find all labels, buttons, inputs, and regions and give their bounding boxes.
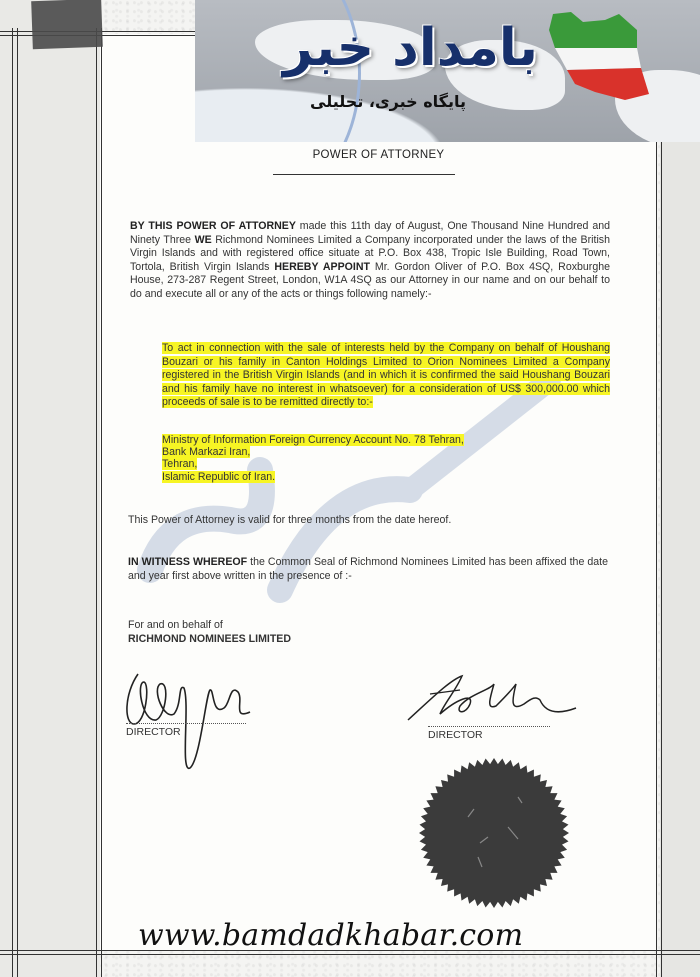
binder-tab [31, 0, 103, 49]
site-url: www.bamdadkhabar.com [138, 918, 523, 953]
right-margin [660, 0, 700, 977]
title-underline [273, 174, 455, 175]
signature-right [400, 670, 620, 730]
company-name: RICHMOND NOMINEES LIMITED [128, 633, 428, 647]
signature-left [120, 664, 270, 776]
border-line [12, 28, 18, 977]
behalf-block: For and on behalf of RICHMOND NOMINEES L… [128, 619, 428, 646]
signature-line [126, 723, 246, 724]
director-label-right: DIRECTOR [428, 729, 483, 741]
border-line [96, 28, 102, 977]
remit-address: Ministry of Information Foreign Currency… [162, 434, 464, 483]
witness-clause: IN WITNESS WHEREOF the Common Seal of Ri… [128, 556, 608, 583]
signature-line [428, 726, 550, 727]
sale-clause: To act in connection with the sale of in… [162, 342, 610, 410]
director-label-left: DIRECTOR [126, 726, 181, 738]
site-logo: بامداد خبر [283, 18, 538, 78]
document-title: POWER OF ATTORNEY [100, 149, 657, 161]
validity-statement: This Power of Attorney is valid for thre… [128, 514, 608, 528]
address-line: Bank Markazi Iran, [162, 446, 250, 458]
site-banner: بامداد خبر پایگاه خبری، تحلیلی [195, 0, 700, 142]
intro-paragraph: BY THIS POWER OF ATTORNEY made this 11th… [130, 220, 610, 302]
address-line: Islamic Republic of Iran. [162, 471, 275, 483]
highlighted-text: To act in connection with the sale of in… [162, 342, 610, 408]
iran-flag-map-icon [545, 8, 665, 104]
address-line: Ministry of Information Foreign Currency… [162, 434, 464, 446]
site-tagline: پایگاه خبری، تحلیلی [310, 92, 466, 111]
company-seal-icon [418, 757, 570, 909]
address-line: Tehran, [162, 458, 197, 470]
behalf-label: For and on behalf of [128, 619, 428, 633]
